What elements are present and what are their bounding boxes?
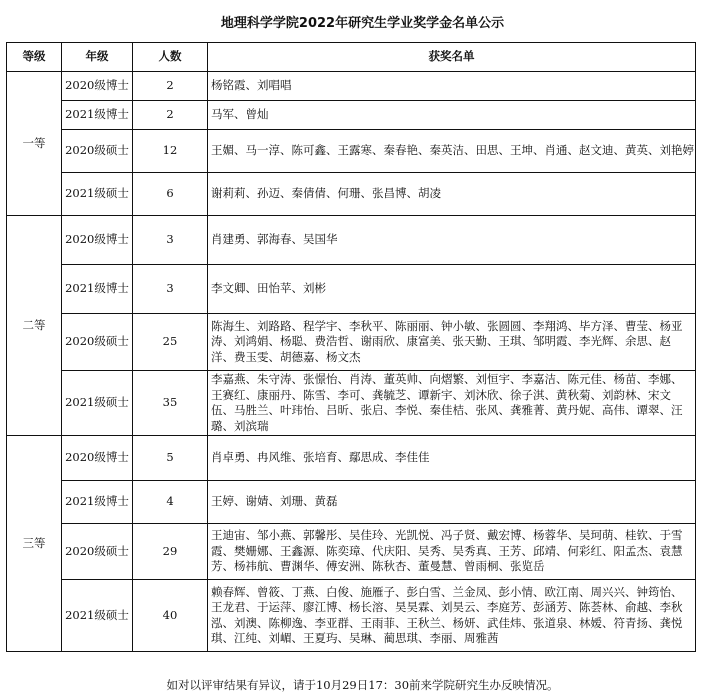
count-cell: 3 (133, 216, 208, 265)
names-cell: 赖春辉、曾筱、丁燕、白俊、施雁子、彭白雪、兰金凤、彭小情、欧江南、周兴兴、钟筠怡… (208, 580, 696, 652)
tier-level: 三等 (7, 436, 62, 652)
table-row: 一等 2020级博士 2 杨铭霞、刘唱唱 (7, 72, 696, 101)
count-cell: 2 (133, 101, 208, 130)
count-cell: 4 (133, 481, 208, 524)
count-cell: 2 (133, 72, 208, 101)
table-header-row: 等级 年级 人数 获奖名单 (7, 43, 696, 72)
header-level: 等级 (7, 43, 62, 72)
count-cell: 3 (133, 265, 208, 314)
count-cell: 29 (133, 524, 208, 580)
grade-cell: 2020级博士 (62, 436, 133, 481)
count-cell: 12 (133, 130, 208, 173)
table-row: 三等 2020级博士 5 肖卓勇、冉风维、张培育、鄢思成、李佳佳 (7, 436, 696, 481)
table-row: 2021级博士 2 马军、曾灿 (7, 101, 696, 130)
grade-cell: 2021级硕士 (62, 371, 133, 436)
grade-cell: 2020级博士 (62, 216, 133, 265)
names-cell: 马军、曾灿 (208, 101, 696, 130)
scholarship-table: 等级 年级 人数 获奖名单 一等 2020级博士 2 杨铭霞、刘唱唱 2021级… (6, 42, 696, 652)
tier-level: 一等 (7, 72, 62, 216)
count-cell: 6 (133, 173, 208, 216)
table-row: 2020级硕士 29 王迪宙、邹小燕、郭馨彤、吴佳玲、光凯悦、冯子贤、戴宏博、杨… (7, 524, 696, 580)
header-names: 获奖名单 (208, 43, 696, 72)
grade-cell: 2021级博士 (62, 101, 133, 130)
table-row: 2021级博士 3 李文卿、田怡苹、刘彬 (7, 265, 696, 314)
names-cell: 李嘉燕、朱守涛、张憬怡、肖涛、董英帅、向熠繁、刘恒宇、李嘉洁、陈元佳、杨苗、李娜… (208, 371, 696, 436)
grade-cell: 2020级硕士 (62, 524, 133, 580)
count-cell: 40 (133, 580, 208, 652)
table-row: 二等 2020级博士 3 肖建勇、郭海春、吴国华 (7, 216, 696, 265)
grade-cell: 2021级博士 (62, 481, 133, 524)
names-cell: 王婷、谢婧、刘珊、黄磊 (208, 481, 696, 524)
names-cell: 王迪宙、邹小燕、郭馨彤、吴佳玲、光凯悦、冯子贤、戴宏博、杨蓉华、吴珂萌、桂钦、于… (208, 524, 696, 580)
objection-notice: 如对以评审结果有异议，请于10月29日17：30前来学院研究生办反映情况。 (0, 677, 725, 693)
grade-cell: 2021级硕士 (62, 580, 133, 652)
names-cell: 王媚、马一淳、陈可鑫、王露寒、秦春艳、秦英洁、田思、王坤、肖通、赵文迪、黄英、刘… (208, 130, 696, 173)
names-cell: 杨铭霞、刘唱唱 (208, 72, 696, 101)
header-grade: 年级 (62, 43, 133, 72)
count-cell: 5 (133, 436, 208, 481)
table-row: 2021级硕士 35 李嘉燕、朱守涛、张憬怡、肖涛、董英帅、向熠繁、刘恒宇、李嘉… (7, 371, 696, 436)
table-row: 2020级硕士 25 陈海生、刘路路、程学宇、李秋平、陈丽丽、钟小敏、张圆圆、李… (7, 314, 696, 371)
names-cell: 陈海生、刘路路、程学宇、李秋平、陈丽丽、钟小敏、张圆圆、李翔鸿、毕方泽、曹莹、杨… (208, 314, 696, 371)
names-cell: 肖卓勇、冉风维、张培育、鄢思成、李佳佳 (208, 436, 696, 481)
names-cell: 李文卿、田怡苹、刘彬 (208, 265, 696, 314)
page-title: 地理科学学院2022年研究生学业奖学金名单公示 (0, 12, 725, 31)
names-cell: 肖建勇、郭海春、吴国华 (208, 216, 696, 265)
table-row: 2021级硕士 40 赖春辉、曾筱、丁燕、白俊、施雁子、彭白雪、兰金凤、彭小情、… (7, 580, 696, 652)
table-row: 2021级硕士 6 谢莉莉、孙迈、秦倩倩、何珊、张昌博、胡凌 (7, 173, 696, 216)
grade-cell: 2020级博士 (62, 72, 133, 101)
grade-cell: 2020级硕士 (62, 130, 133, 173)
header-count: 人数 (133, 43, 208, 72)
grade-cell: 2021级硕士 (62, 173, 133, 216)
grade-cell: 2020级硕士 (62, 314, 133, 371)
count-cell: 25 (133, 314, 208, 371)
tier-level: 二等 (7, 216, 62, 436)
names-cell: 谢莉莉、孙迈、秦倩倩、何珊、张昌博、胡凌 (208, 173, 696, 216)
table-row: 2020级硕士 12 王媚、马一淳、陈可鑫、王露寒、秦春艳、秦英洁、田思、王坤、… (7, 130, 696, 173)
count-cell: 35 (133, 371, 208, 436)
table-row: 2021级博士 4 王婷、谢婧、刘珊、黄磊 (7, 481, 696, 524)
grade-cell: 2021级博士 (62, 265, 133, 314)
